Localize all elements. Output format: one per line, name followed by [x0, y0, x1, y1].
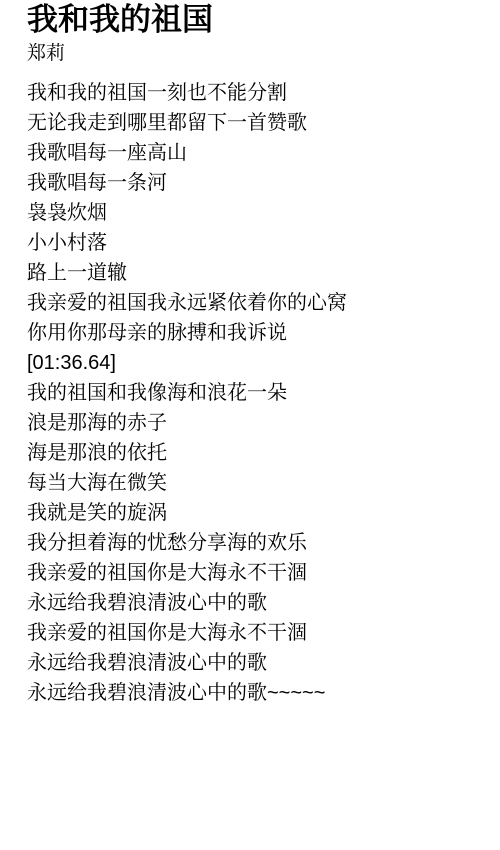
lyric-line: 小小村落 — [27, 228, 490, 258]
lyrics-body: 我和我的祖国一刻也不能分割 无论我走到哪里都留下一首赞歌 我歌唱每一座高山 我歌… — [27, 78, 490, 708]
lyric-line: 我歌唱每一条河 — [27, 168, 490, 198]
lyric-line: 我和我的祖国一刻也不能分割 — [27, 78, 490, 108]
lyric-line: 我亲爱的祖国你是大海永不干涸 — [27, 558, 490, 588]
lyric-line: 我歌唱每一座高山 — [27, 138, 490, 168]
lyric-line: 永远给我碧浪清波心中的歌 — [27, 588, 490, 618]
lyric-line: 我分担着海的忧愁分享海的欢乐 — [27, 528, 490, 558]
lyric-line: 海是那浪的依托 — [27, 438, 490, 468]
lyric-line: 我亲爱的祖国你是大海永不干涸 — [27, 618, 490, 648]
lyric-line: 每当大海在微笑 — [27, 468, 490, 498]
lyric-timestamp: [01:36.64] — [27, 348, 490, 378]
artist-name: 郑莉 — [27, 44, 490, 63]
lyric-line: 我亲爱的祖国我永远紧依着你的心窝 — [27, 288, 490, 318]
song-title: 我和我的祖国 — [27, 4, 490, 36]
lyric-line: 你用你那母亲的脉搏和我诉说 — [27, 318, 490, 348]
lyric-line: 我的祖国和我像海和浪花一朵 — [27, 378, 490, 408]
lyric-line: 我就是笑的旋涡 — [27, 498, 490, 528]
lyric-line: 袅袅炊烟 — [27, 198, 490, 228]
lyric-line: 浪是那海的赤子 — [27, 408, 490, 438]
lyric-line: 永远给我碧浪清波心中的歌~~~~~ — [27, 678, 490, 708]
lyric-line: 路上一道辙 — [27, 258, 490, 288]
lyrics-page: 我和我的祖国 郑莉 我和我的祖国一刻也不能分割 无论我走到哪里都留下一首赞歌 我… — [0, 4, 500, 708]
lyric-line: 无论我走到哪里都留下一首赞歌 — [27, 108, 490, 138]
lyric-line: 永远给我碧浪清波心中的歌 — [27, 648, 490, 678]
